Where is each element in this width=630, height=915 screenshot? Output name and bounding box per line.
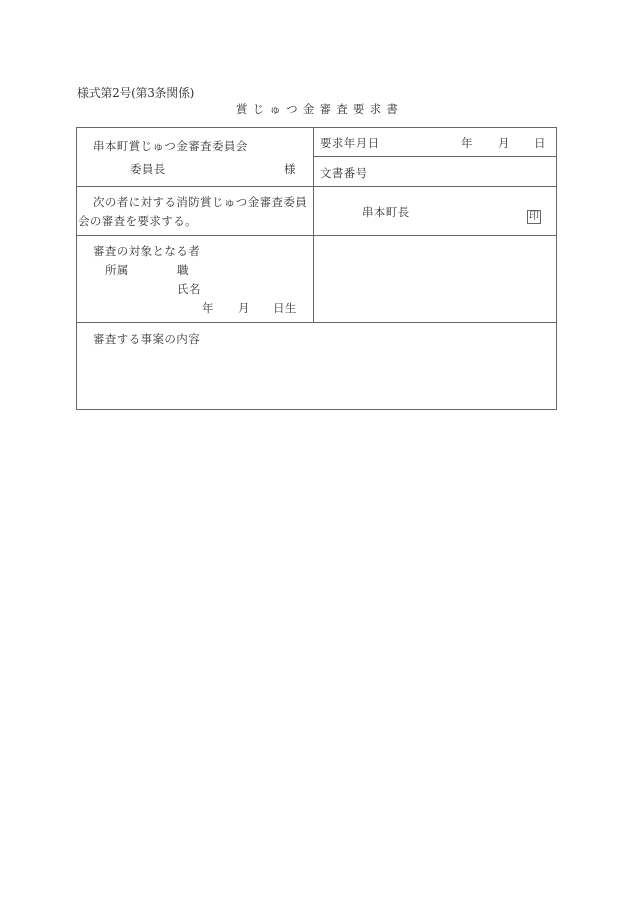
case-details-heading: 審査する事案の内容 [93, 331, 200, 347]
affiliation-label: 所属 [105, 262, 129, 278]
table-border-top [76, 127, 557, 128]
table-border-left [76, 127, 77, 410]
row-divider-date [313, 156, 557, 157]
row-divider-2 [76, 235, 557, 236]
name-label: 氏名 [177, 281, 201, 297]
birth-day[interactable]: 日生 [273, 300, 297, 316]
subject-person-heading: 審査の対象となる者 [93, 243, 200, 259]
document-title: 賞じゅつ金審査要求書 [236, 101, 403, 117]
request-statement-line1: 次の者に対する消防賞じゅつ金審査委員 [93, 194, 307, 210]
position-label: 職 [177, 262, 189, 278]
requester-name: 串本町長 [362, 204, 410, 220]
birth-month[interactable]: 月 [238, 300, 250, 316]
request-date-label: 要求年月日 [320, 135, 380, 151]
honorific-sama: 様 [284, 161, 296, 177]
request-date-year[interactable]: 年 [461, 135, 473, 151]
committee-chair-label: 委員長 [130, 161, 166, 177]
seal-mark: 印 [527, 204, 541, 224]
table-border-right [556, 127, 557, 410]
request-date-day[interactable]: 日 [534, 135, 546, 151]
row-divider-1 [76, 186, 557, 187]
row-divider-3 [76, 322, 557, 323]
seal-icon: 印 [527, 210, 541, 224]
request-date-month[interactable]: 月 [498, 135, 510, 151]
request-statement-line2: 会の審査を要求する。 [78, 213, 197, 229]
birth-year[interactable]: 年 [202, 300, 214, 316]
form-number-label: 様式第2号(第3条関係) [77, 84, 194, 101]
committee-name: 串本町賞じゅつ金審査委員会 [93, 138, 248, 154]
document-number-label: 文書番号 [320, 165, 368, 181]
table-border-bottom [76, 409, 557, 410]
